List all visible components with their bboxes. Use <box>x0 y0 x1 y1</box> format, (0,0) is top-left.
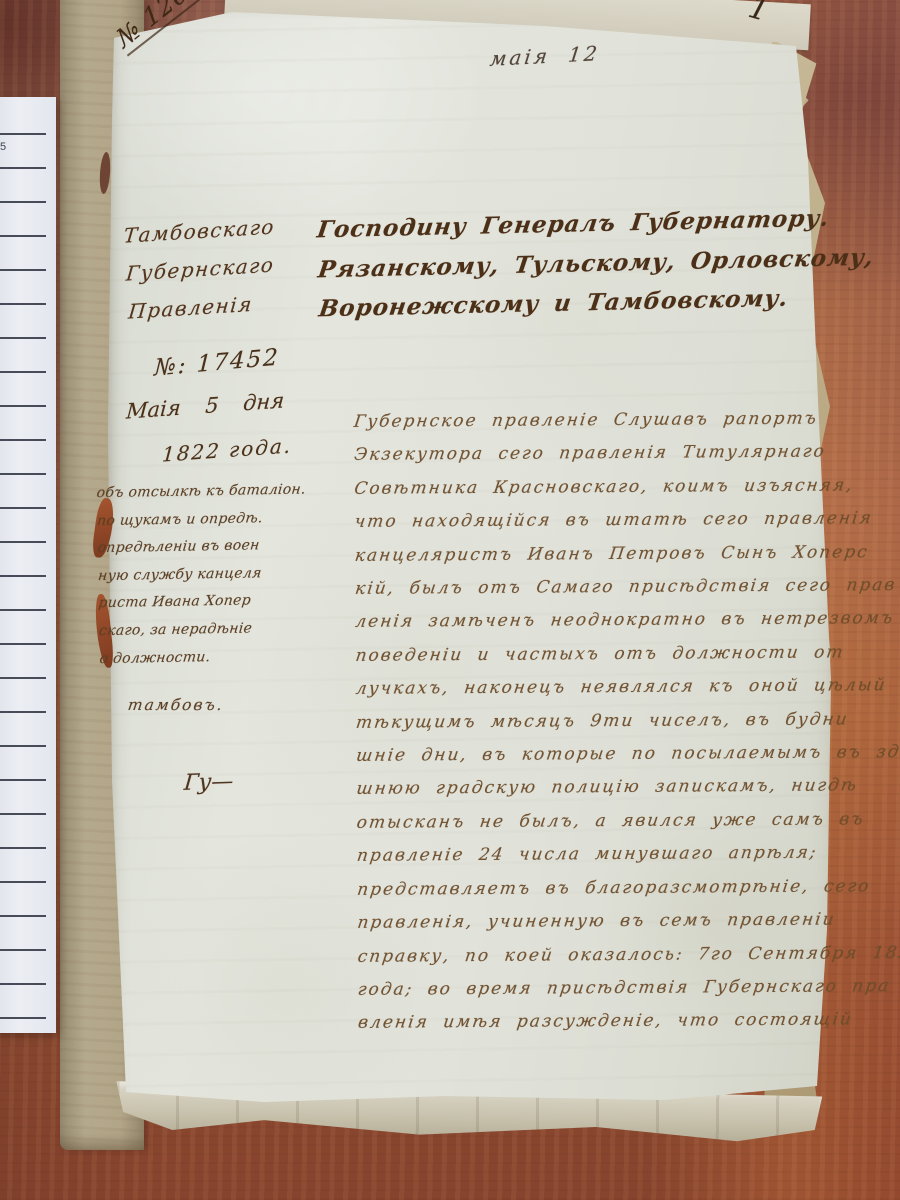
margin-note-line: о должности. <box>98 641 345 673</box>
document-text-layer: № 126. 901. маія 12 1 ТамбовскагоГубернс… <box>104 0 846 1150</box>
margin-note-line: скаго, за нерадѣніе <box>98 614 345 646</box>
body-line: Совѣтника Красновскаго, коимъ изъясняя, <box>352 469 876 506</box>
stamp-number: № 126. <box>112 0 202 57</box>
body-line: канцеляристъ Иванъ Петровъ Сынъ Хоперс <box>353 536 877 573</box>
body-line: ленія замѣченъ неоднократно въ нетрезвом… <box>353 603 877 640</box>
body-line: шніе дни, въ которые по посылаемымъ въ з… <box>354 736 878 773</box>
document-number: №: 17452 <box>154 344 281 381</box>
body-line: отысканъ не былъ, а явился уже самъ въ <box>354 803 878 840</box>
body-line: кій, былъ отъ Самаго присѣдствія сего пр… <box>353 569 877 606</box>
body-line: Экзекутора сего правленія Титулярнаго <box>352 436 876 473</box>
body-line: представляетъ въ благоразсмотрѣніе, сего <box>355 870 879 907</box>
body-line: поведеніи и частыхъ отъ должности от <box>353 636 877 673</box>
sender-line: Правленія <box>127 283 282 331</box>
body-line: Губернское правленіе Слушавъ рапортъ <box>352 402 876 439</box>
margin-summary-note: объ отсылкѣ къ баталіон.по щукамъ и опре… <box>96 476 343 673</box>
page-number-mark: 1 <box>745 0 773 29</box>
pencil-date-note: маія 12 <box>489 41 602 71</box>
photo-scene: 5 № 126. 901. маія 12 1 ТамбовскагоГубер… <box>0 0 900 1200</box>
margin-note-line: объ отсылкѣ къ баталіон. <box>95 476 342 508</box>
document-date-year: 1822 года. <box>161 433 293 466</box>
margin-note-line: опредѣленіи въ воен <box>96 531 343 563</box>
body-line: тѣкущимъ мѣсяцъ 9ти чиселъ, въ будни <box>354 703 878 740</box>
body-line: шнюю градскую полицію запискамъ, нигдѣ <box>354 770 878 807</box>
clerk-initial-note: Гу— <box>183 769 234 796</box>
body-line: вленія имѣя разсужденіе, что состоящій <box>356 1003 880 1040</box>
recipient-block: Господину Генералъ Губернатору.Рязанском… <box>317 198 875 329</box>
body-line: что находящійся въ штатѣ сего правленія <box>352 502 876 539</box>
registration-stamp: № 126. 901. <box>110 0 266 55</box>
body-line: справку, по коей оказалось: 7го Сентября… <box>355 937 879 974</box>
margin-note-line: риста Ивана Хопер <box>97 586 344 618</box>
body-line: правленіе 24 числа минувшаго апрѣля; <box>355 836 879 873</box>
body-line: правленія, учиненную въ семъ правленіи <box>355 903 879 940</box>
document-date-day: Маія 5 дня <box>125 388 285 423</box>
ruler-tick-marks <box>0 133 46 1021</box>
body-line: года; во время присѣдствія Губернскаго п… <box>356 970 880 1007</box>
city-note: тамбовъ. <box>127 696 225 714</box>
paper-ruler: 5 <box>0 97 56 1033</box>
body-line: лучкахъ, наконецъ неявлялся къ оной цѣлы… <box>354 669 878 706</box>
body-text: Губернское правленіе Слушавъ рапортъЭкзе… <box>354 402 878 1040</box>
sender-block: ТамбовскагоГубернскагоПравленія <box>123 207 281 330</box>
